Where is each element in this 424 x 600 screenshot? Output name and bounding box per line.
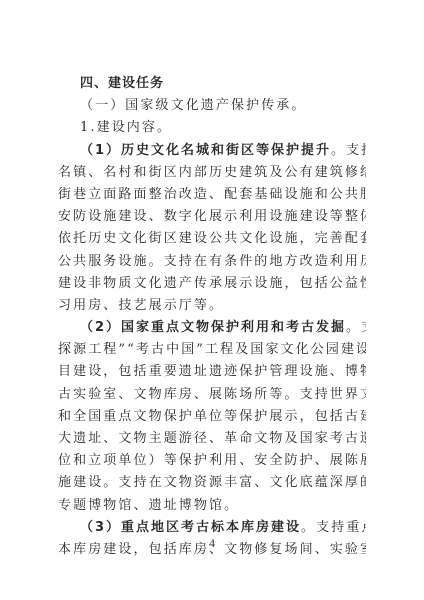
paragraph-2-line-1: （2）国家重点文物保护利用和考古发掘。支持与“中华文明 — [58, 317, 366, 339]
paragraph-1-line: 习用房、技艺展示厅等。 — [58, 295, 366, 317]
document-page: 四、建设任务 （一）国家级文化遗产保护传承。 1.建设内容。 （1）历史文化名城… — [58, 73, 366, 561]
section-heading: 四、建设任务 — [58, 73, 366, 95]
paragraph-2-lead: （2）国家重点文物保护利用和考古发掘 — [80, 320, 346, 335]
paragraph-2-line: 施建设。支持在文物资源丰富、文化底蕴深厚的地区建设国家重点 — [58, 472, 366, 494]
subsection-heading: （一）国家级文化遗产保护传承。 — [58, 95, 366, 117]
item-heading: 1.建设内容。 — [58, 117, 366, 139]
paragraph-1-line-1: （1）历史文化名城和街区等保护提升。支持历史文化名城、 — [58, 140, 366, 162]
paragraph-1-line: 安防设施建设、数字化展示利用设施建设等整体性保护利用。支持 — [58, 206, 366, 228]
paragraph-2-line: 位和立项单位）等保护利用、安全防护、展陈展示、开放服务等设 — [58, 450, 366, 472]
paragraph-1-line: 名镇、名村和街区内部历史建筑及公有建筑修缮及抗震加固、传统 — [58, 162, 366, 184]
paragraph-1-lead: （1）历史文化名城和街区等保护提升 — [80, 143, 331, 158]
paragraph-2-line: 专题博物馆、遗址博物馆。 — [58, 495, 366, 517]
paragraph-2-line: 古实验室、文物库房、展陈场所等。支持世界文化遗产（含预备） — [58, 384, 366, 406]
paragraph-1-line: 公共服务设施。支持在有条件的地方改造利用历史建筑、既有建筑 — [58, 251, 366, 273]
paragraph-2-line: 和全国重点文物保护单位等保护展示，包括古建筑、重要石窟寺、 — [58, 406, 366, 428]
paragraph-1-line: 街巷立面路面整治改造、配套基础设施和公共服务设施建设、消防 — [58, 184, 366, 206]
paragraph-2-line: 探源工程”“考古中国”工程及国家文化公园建设等相关的重大项 — [58, 339, 366, 361]
paragraph-1-line: 依托历史文化街区建设公共文化设施，完善配套基础设施和必要的 — [58, 228, 366, 250]
paragraph-3-lead: （3）重点地区考古标本库房建设 — [80, 520, 301, 535]
paragraph-2-line: 大遗址、文物主题游径、革命文物及国家考古遗址公园（含挂牌单 — [58, 428, 366, 450]
paragraph-1-line: 建设非物质文化遗产传承展示设施，包括公益性展演剧场、生产传 — [58, 273, 366, 295]
page-number: 4 — [0, 536, 424, 551]
paragraph-2-line: 目建设，包括重要遗址遗迹保护管理设施、博物馆、科研用房、考 — [58, 361, 366, 383]
